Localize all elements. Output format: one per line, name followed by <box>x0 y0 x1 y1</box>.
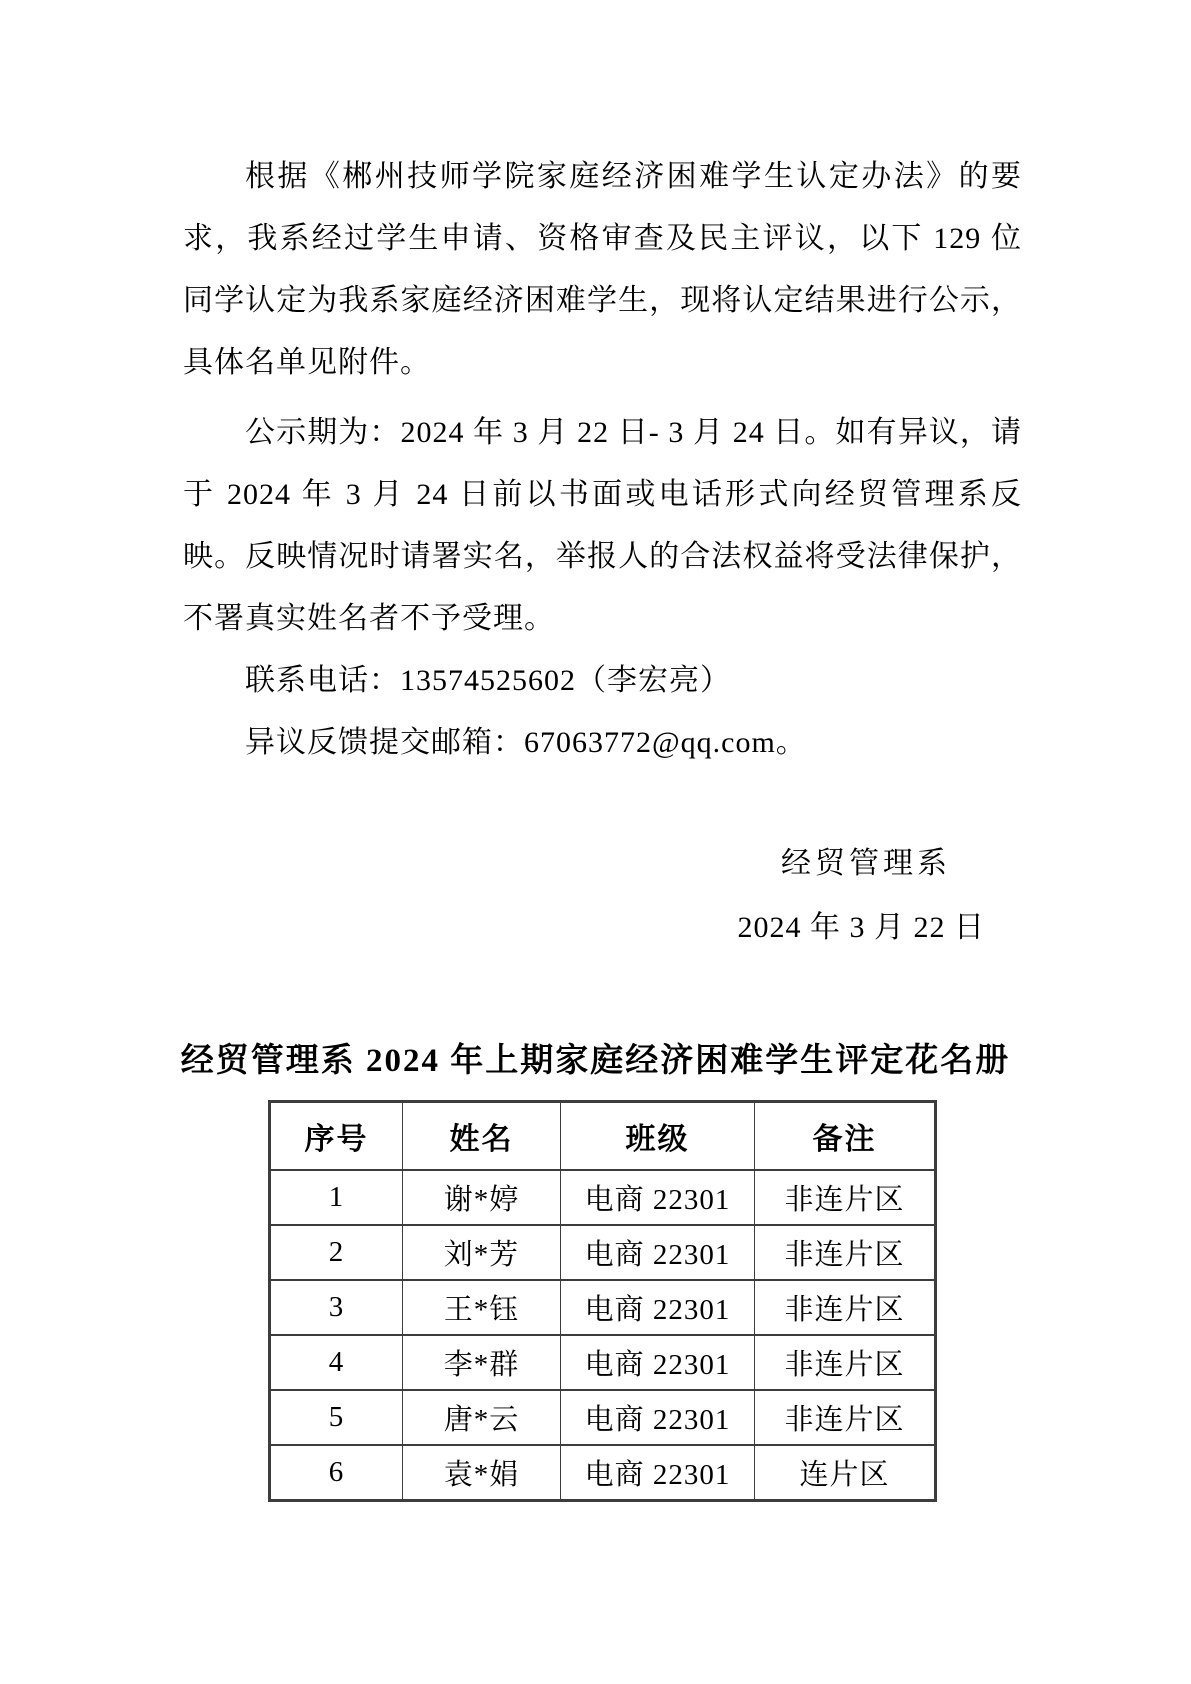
cell-name: 袁*娟 <box>403 1445 561 1501</box>
cell-class: 电商 22301 <box>561 1335 755 1390</box>
cell-class: 电商 22301 <box>561 1280 755 1335</box>
cell-name: 谢*婷 <box>403 1170 561 1225</box>
cell-name: 唐*云 <box>403 1390 561 1445</box>
notice-paragraph-2: 公示期为：2024 年 3 月 22 日- 3 月 24 日。如有异议，请于 2… <box>183 402 1022 650</box>
table-header-row: 序号 姓名 班级 备注 <box>270 1102 936 1171</box>
roster-title: 经贸管理系 2024 年上期家庭经济困难学生评定花名册 <box>0 1034 1191 1088</box>
cell-index: 3 <box>270 1280 403 1335</box>
document-page: 根据《郴州技师学院家庭经济困难学生认定办法》的要求，我系经过学生申请、资格审查及… <box>0 0 1191 1684</box>
cell-remark: 非连片区 <box>755 1225 936 1280</box>
cell-remark: 非连片区 <box>755 1170 936 1225</box>
cell-class: 电商 22301 <box>561 1170 755 1225</box>
notice-contact-phone: 联系电话：13574525602（李宏亮） <box>183 650 1022 712</box>
roster-table: 序号 姓名 班级 备注 1 谢*婷 电商 22301 非连片区 2 刘*芳 电商… <box>268 1100 937 1502</box>
table-row: 5 唐*云 电商 22301 非连片区 <box>270 1390 936 1445</box>
cell-class: 电商 22301 <box>561 1390 755 1445</box>
table-row: 1 谢*婷 电商 22301 非连片区 <box>270 1170 936 1225</box>
cell-index: 6 <box>270 1445 403 1501</box>
notice-body: 根据《郴州技师学院家庭经济困难学生认定办法》的要求，我系经过学生申请、资格审查及… <box>183 146 1022 774</box>
cell-name: 李*群 <box>403 1335 561 1390</box>
notice-paragraph-1: 根据《郴州技师学院家庭经济困难学生认定办法》的要求，我系经过学生申请、资格审查及… <box>183 146 1022 394</box>
cell-name: 王*钰 <box>403 1280 561 1335</box>
cell-index: 1 <box>270 1170 403 1225</box>
cell-remark: 非连片区 <box>755 1335 936 1390</box>
cell-remark: 非连片区 <box>755 1280 936 1335</box>
table-row: 4 李*群 电商 22301 非连片区 <box>270 1335 936 1390</box>
cell-class: 电商 22301 <box>561 1225 755 1280</box>
table-row: 3 王*钰 电商 22301 非连片区 <box>270 1280 936 1335</box>
signature-department: 经贸管理系 <box>781 833 951 895</box>
col-header-index: 序号 <box>270 1102 403 1171</box>
cell-index: 5 <box>270 1390 403 1445</box>
col-header-class: 班级 <box>561 1102 755 1171</box>
cell-index: 4 <box>270 1335 403 1390</box>
table-row: 2 刘*芳 电商 22301 非连片区 <box>270 1225 936 1280</box>
cell-index: 2 <box>270 1225 403 1280</box>
signature-date: 2024 年 3 月 22 日 <box>738 897 986 959</box>
cell-remark: 连片区 <box>755 1445 936 1501</box>
cell-class: 电商 22301 <box>561 1445 755 1501</box>
table-row: 6 袁*娟 电商 22301 连片区 <box>270 1445 936 1501</box>
cell-remark: 非连片区 <box>755 1390 936 1445</box>
cell-name: 刘*芳 <box>403 1225 561 1280</box>
col-header-name: 姓名 <box>403 1102 561 1171</box>
notice-feedback-email: 异议反馈提交邮箱：67063772@qq.com。 <box>183 712 1022 774</box>
col-header-remark: 备注 <box>755 1102 936 1171</box>
